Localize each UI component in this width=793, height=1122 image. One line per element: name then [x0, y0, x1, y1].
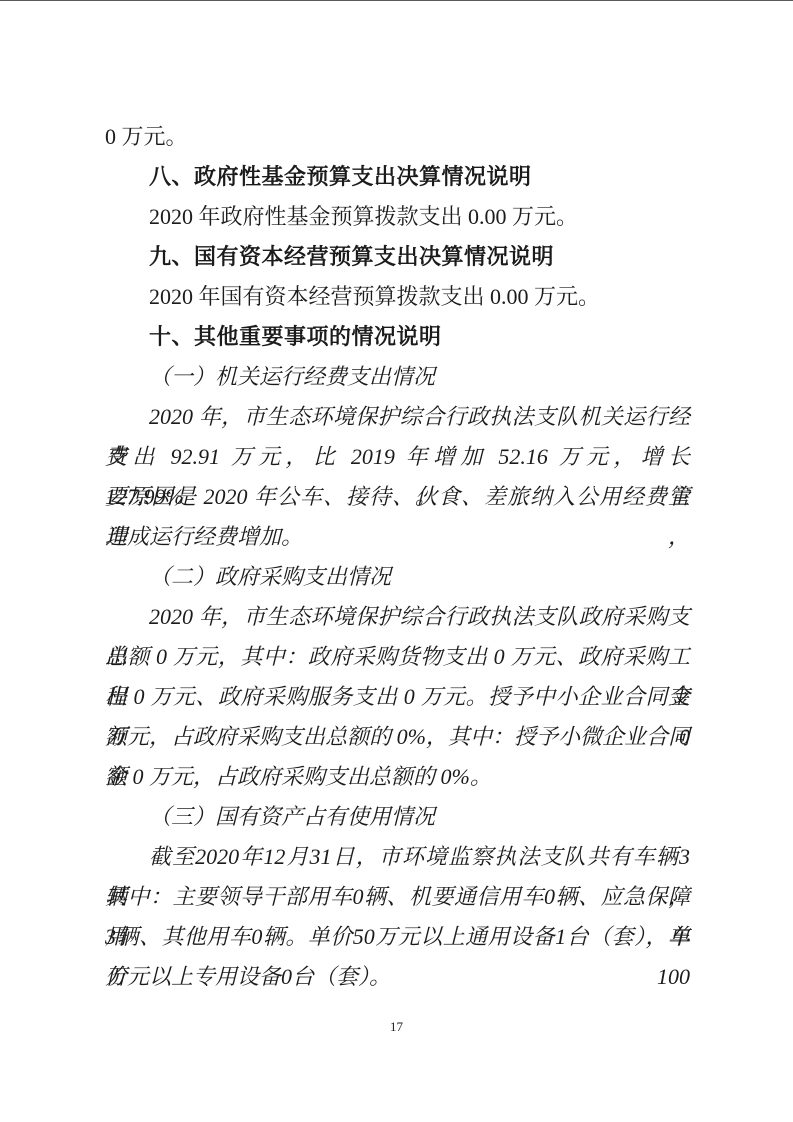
para-10-2-line-3: 出 0 万元、政府采购服务支出 0 万元。授予中小企业合同金额 0: [105, 677, 690, 717]
para-10-2-line-4: 万元，占政府采购支出总额的 0%，其中：授予小微企业合同金: [105, 717, 690, 757]
para-10-3-line-2: 其中：主要领导干部用车0辆、机要通信用车0辆、应急保障用车: [105, 877, 690, 917]
subheading-10-2: （二）政府采购支出情况: [105, 557, 690, 597]
para-10-1-line-1: 2020 年，市生态环境保护综合行政执法支队机关运行经费: [105, 397, 690, 437]
para-10-1-line-2: 支出 92.91 万元，比 2019 年增加 52.16 万元，增长 127.9…: [105, 437, 690, 477]
subheading-10-1: （一）机关运行经费支出情况: [105, 357, 690, 397]
heading-section-9: 九、国有资本经营预算支出决算情况说明: [105, 237, 690, 277]
para-section-8: 2020 年政府性基金预算拨款支出 0.00 万元。: [105, 197, 690, 237]
heading-section-10: 十、其他重要事项的情况说明: [105, 317, 690, 357]
page-number: 17: [0, 1019, 793, 1035]
document-page: 0 万元。 八、政府性基金预算支出决算情况说明 2020 年政府性基金预算拨款支…: [0, 0, 793, 1122]
para-10-2-line-1: 2020 年，市生态环境保护综合行政执法支队政府采购支出: [105, 597, 690, 637]
para-10-1-line-3: 要原因是 2020 年公车、接待、伙食、差旅纳入公用经费管理，: [105, 477, 690, 517]
heading-section-8: 八、政府性基金预算支出决算情况说明: [105, 157, 690, 197]
continuation-line: 0 万元。: [105, 117, 690, 157]
document-body: 0 万元。 八、政府性基金预算支出决算情况说明 2020 年政府性基金预算拨款支…: [105, 117, 690, 997]
subheading-10-3: （三）国有资产占有使用情况: [105, 797, 690, 837]
para-10-3-line-3: 3辆、其他用车0辆。单价50万元以上通用设备1台（套），单价100: [105, 917, 690, 957]
para-section-9: 2020 年国有资本经营预算拨款支出 0.00 万元。: [105, 277, 690, 317]
para-10-2-line-2: 总额 0 万元，其中：政府采购货物支出 0 万元、政府采购工程支: [105, 637, 690, 677]
para-10-2-line-5: 额 0 万元，占政府采购支出总额的 0%。: [105, 757, 690, 797]
para-10-3-line-1: 截至2020年12月31日，市环境监察执法支队共有车辆3辆，: [105, 837, 690, 877]
